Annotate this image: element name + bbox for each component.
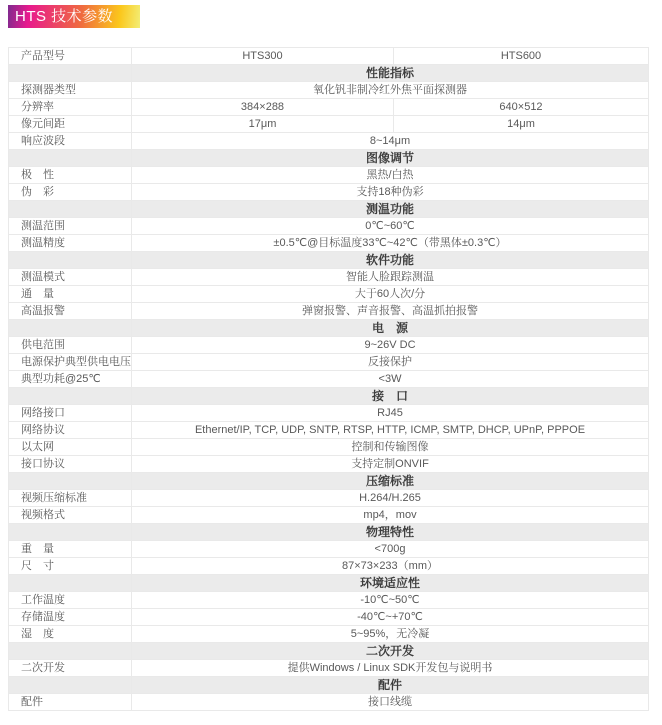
section-title: 测温功能	[132, 201, 649, 218]
spec-row: 配件接口线缆	[9, 694, 649, 711]
spec-row: 伪 彩支持18种伪彩	[9, 184, 649, 201]
spec-label: 以太网	[9, 439, 132, 456]
spec-label: 二次开发	[9, 660, 132, 677]
spec-row: 湿 度5~95%，无冷凝	[9, 626, 649, 643]
section-title: 电 源	[132, 320, 649, 337]
spec-row: 测温精度±0.5℃@目标温度33℃~42℃（带黑体±0.3℃）	[9, 235, 649, 252]
spec-table-body: 产品型号HTS300HTS600性能指标探测器类型氧化钒非制冷红外焦平面探测器分…	[9, 48, 649, 711]
spec-label: 像元间距	[9, 116, 132, 133]
section-spacer-cell	[9, 201, 132, 218]
section-title: 压缩标准	[132, 473, 649, 490]
spec-row: 网络接口RJ45	[9, 405, 649, 422]
spec-value: 87×73×233（mm）	[132, 558, 649, 575]
spec-sheet-page: HTS 技术参数 产品型号HTS300HTS600性能指标探测器类型氧化钒非制冷…	[0, 0, 662, 725]
section-title: 性能指标	[132, 65, 649, 82]
section-title: 二次开发	[132, 643, 649, 660]
spec-value: 5~95%，无冷凝	[132, 626, 649, 643]
spec-value: 支持定制ONVIF	[132, 456, 649, 473]
section-title: 配件	[132, 677, 649, 694]
spec-row: 视频压缩标准H.264/H.265	[9, 490, 649, 507]
spec-value: -10℃~50℃	[132, 592, 649, 609]
section-row: 电 源	[9, 320, 649, 337]
spec-row: 网络协议Ethernet/IP, TCP, UDP, SNTP, RTSP, H…	[9, 422, 649, 439]
spec-value: 氧化钒非制冷红外焦平面探测器	[132, 82, 649, 99]
spec-row: 测温模式智能人脸跟踪测温	[9, 269, 649, 286]
spec-label: 响应波段	[9, 133, 132, 150]
spec-label: 测温精度	[9, 235, 132, 252]
spec-label: 存储温度	[9, 609, 132, 626]
spec-row: 分辨率384×288640×512	[9, 99, 649, 116]
spec-label: 配件	[9, 694, 132, 711]
section-spacer-cell	[9, 677, 132, 694]
spec-value: <700g	[132, 541, 649, 558]
spec-label: 极 性	[9, 167, 132, 184]
spec-value: HTS300	[132, 48, 394, 65]
spec-row: 视频格式mp4，mov	[9, 507, 649, 524]
spec-label: 接口协议	[9, 456, 132, 473]
section-row: 环境适应性	[9, 575, 649, 592]
section-row: 配件	[9, 677, 649, 694]
section-spacer-cell	[9, 575, 132, 592]
spec-row: 电源保护典型供电电压反接保护	[9, 354, 649, 371]
spec-row: 存储温度-40℃~+70℃	[9, 609, 649, 626]
section-row: 物理特性	[9, 524, 649, 541]
spec-row: 接口协议支持定制ONVIF	[9, 456, 649, 473]
spec-label: 重 量	[9, 541, 132, 558]
spec-value: 提供Windows / Linux SDK开发包与说明书	[132, 660, 649, 677]
spec-row: 典型功耗@25℃<3W	[9, 371, 649, 388]
section-title: 接 口	[132, 388, 649, 405]
section-row: 接 口	[9, 388, 649, 405]
section-title: 软件功能	[132, 252, 649, 269]
spec-label: 分辨率	[9, 99, 132, 116]
spec-row: 以太网控制和传输图像	[9, 439, 649, 456]
spec-label: 工作温度	[9, 592, 132, 609]
section-title: 图像调节	[132, 150, 649, 167]
spec-row: 像元间距17μm14μm	[9, 116, 649, 133]
spec-label: 湿 度	[9, 626, 132, 643]
spec-row: 尺 寸87×73×233（mm）	[9, 558, 649, 575]
spec-label: 探测器类型	[9, 82, 132, 99]
spec-value: 反接保护	[132, 354, 649, 371]
section-spacer-cell	[9, 473, 132, 490]
spec-value: 14μm	[394, 116, 649, 133]
section-row: 图像调节	[9, 150, 649, 167]
spec-value: <3W	[132, 371, 649, 388]
spec-row: 重 量<700g	[9, 541, 649, 558]
spec-value: 智能人脸跟踪测温	[132, 269, 649, 286]
spec-label: 高温报警	[9, 303, 132, 320]
section-spacer-cell	[9, 643, 132, 660]
spec-value: 0℃~60℃	[132, 218, 649, 235]
section-title: 环境适应性	[132, 575, 649, 592]
spec-row: 通 量大于60人次/分	[9, 286, 649, 303]
spec-label: 网络接口	[9, 405, 132, 422]
section-spacer-cell	[9, 65, 132, 82]
section-row: 测温功能	[9, 201, 649, 218]
section-spacer-cell	[9, 388, 132, 405]
spec-value: 弹窗报警、声音报警、高温抓拍报警	[132, 303, 649, 320]
spec-label: 产品型号	[9, 48, 132, 65]
spec-row: 响应波段8~14μm	[9, 133, 649, 150]
spec-value: ±0.5℃@目标温度33℃~42℃（带黑体±0.3℃）	[132, 235, 649, 252]
spec-row: 产品型号HTS300HTS600	[9, 48, 649, 65]
spec-value: mp4，mov	[132, 507, 649, 524]
section-row: 压缩标准	[9, 473, 649, 490]
spec-label: 典型功耗@25℃	[9, 371, 132, 388]
spec-row: 探测器类型氧化钒非制冷红外焦平面探测器	[9, 82, 649, 99]
spec-value: 大于60人次/分	[132, 286, 649, 303]
spec-value: 支持18种伪彩	[132, 184, 649, 201]
spec-value: 8~14μm	[132, 133, 649, 150]
section-spacer-cell	[9, 524, 132, 541]
spec-label: 供电范围	[9, 337, 132, 354]
section-spacer-cell	[9, 320, 132, 337]
spec-value: 9~26V DC	[132, 337, 649, 354]
spec-label: 网络协议	[9, 422, 132, 439]
spec-value: 640×512	[394, 99, 649, 116]
page-title-banner: HTS 技术参数	[8, 5, 140, 28]
page-title: HTS 技术参数	[15, 8, 113, 25]
spec-value: RJ45	[132, 405, 649, 422]
section-spacer-cell	[9, 252, 132, 269]
spec-row: 极 性黑热/白热	[9, 167, 649, 184]
spec-label: 测温范围	[9, 218, 132, 235]
spec-label: 视频格式	[9, 507, 132, 524]
spec-row: 供电范围9~26V DC	[9, 337, 649, 354]
spec-value: 黑热/白热	[132, 167, 649, 184]
spec-row: 高温报警弹窗报警、声音报警、高温抓拍报警	[9, 303, 649, 320]
spec-value: 接口线缆	[132, 694, 649, 711]
section-row: 性能指标	[9, 65, 649, 82]
section-spacer-cell	[9, 150, 132, 167]
spec-label: 伪 彩	[9, 184, 132, 201]
spec-row: 二次开发提供Windows / Linux SDK开发包与说明书	[9, 660, 649, 677]
spec-value: Ethernet/IP, TCP, UDP, SNTP, RTSP, HTTP,…	[132, 422, 649, 439]
spec-value: 384×288	[132, 99, 394, 116]
spec-label: 电源保护典型供电电压	[9, 354, 132, 371]
section-row: 软件功能	[9, 252, 649, 269]
spec-row: 工作温度-10℃~50℃	[9, 592, 649, 609]
spec-value: 17μm	[132, 116, 394, 133]
spec-row: 测温范围0℃~60℃	[9, 218, 649, 235]
spec-table: 产品型号HTS300HTS600性能指标探测器类型氧化钒非制冷红外焦平面探测器分…	[8, 47, 649, 711]
section-title: 物理特性	[132, 524, 649, 541]
section-row: 二次开发	[9, 643, 649, 660]
spec-label: 视频压缩标准	[9, 490, 132, 507]
spec-label: 通 量	[9, 286, 132, 303]
spec-label: 测温模式	[9, 269, 132, 286]
spec-value: -40℃~+70℃	[132, 609, 649, 626]
spec-label: 尺 寸	[9, 558, 132, 575]
spec-value: 控制和传输图像	[132, 439, 649, 456]
spec-value: HTS600	[394, 48, 649, 65]
spec-value: H.264/H.265	[132, 490, 649, 507]
